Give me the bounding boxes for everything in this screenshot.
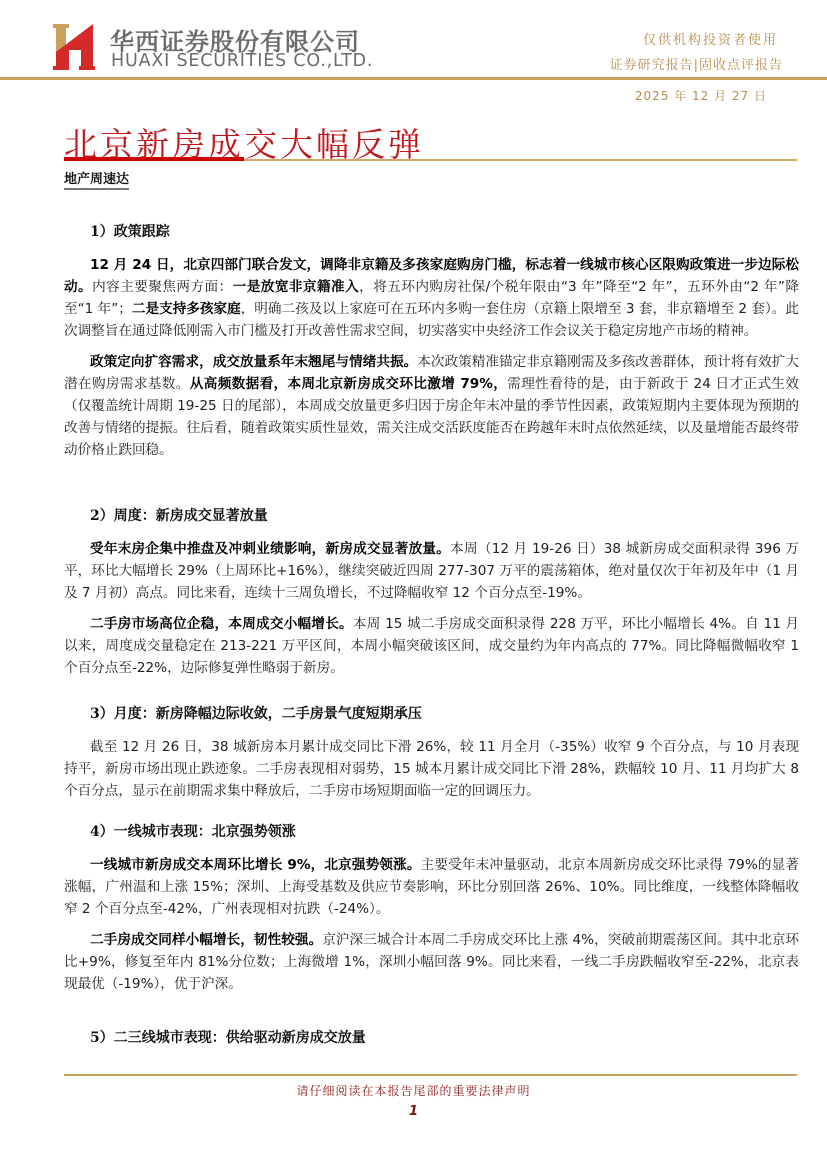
legal-notice: 请仔细阅读在本报告尾部的重要法律声明 (0, 1082, 827, 1099)
section-heading: 2）周度：新房成交显著放量 (64, 506, 799, 526)
body-paragraph: 二手房成交同样小幅增长，韧性较强。京沪深三城合计本周二手房成交环比上涨 4%，突… (64, 929, 799, 995)
section-heading: 3）月度：新房降幅边际收敛，二手房景气度短期承压 (64, 704, 799, 724)
key-point-text: 二手房市场高位企稳，本周成交小幅增长。 (90, 616, 353, 632)
report-type: 证券研究报告|固收点评报告 (610, 54, 783, 73)
audience-disclaimer: 仅供机构投资者使用 (643, 29, 778, 48)
key-point-text: 政策定向扩容需求，成交放量系年末翘尾与情绪共振。 (90, 354, 417, 370)
section-heading: 5）二三线城市表现：供给驱动新房成交放量 (64, 1028, 799, 1048)
report-category: 地产周速达 (64, 168, 129, 190)
key-point-text: 受年末房企集中推盘及冲刺业绩影响，新房成交显著放量。 (90, 541, 450, 557)
body-paragraph: 二手房市场高位企稳，本周成交小幅增长。本周 15 城二手房成交面积录得 228 … (64, 613, 799, 679)
report-date: 2025 年 12 月 27 日 (635, 87, 767, 104)
section-policy-tracking: 1）政策跟踪 12 月 24 日，北京四部门联合发文，调降非京籍及多孩家庭购房门… (64, 222, 799, 470)
body-paragraph: 截至 12 月 26 日，38 城新房本月累计成交同比下滑 26%，较 11 月… (64, 736, 799, 802)
section-weekly: 2）周度：新房成交显著放量 受年末房企集中推盘及冲刺业绩影响，新房成交显著放量。… (64, 506, 799, 688)
key-point-text: 二手房成交同样小幅增长，韧性较强。 (90, 932, 322, 948)
header-divider (0, 77, 827, 80)
section-monthly: 3）月度：新房降幅边际收敛，二手房景气度短期承压 截至 12 月 26 日，38… (64, 704, 799, 811)
title-divider-gold (244, 159, 797, 161)
body-paragraph: 一线城市新房成交本周环比增长 9%，北京强势领涨。主要受年末冲量驱动，北京本周新… (64, 854, 799, 920)
key-point-text: 从高频数据看，本周北京新房成交环比激增 79%， (190, 376, 507, 392)
paragraph-text: 截至 12 月 26 日，38 城新房本月累计成交同比下滑 26%，较 11 月… (64, 739, 799, 799)
footer-divider (64, 1074, 797, 1076)
section-heading: 1）政策跟踪 (64, 222, 799, 242)
company-logo-icon (53, 24, 95, 70)
body-paragraph: 12 月 24 日，北京四部门联合发文，调降非京籍及多孩家庭购房门槛，标志着一线… (64, 254, 799, 342)
key-point-text: 一是放宽非京籍准入 (233, 279, 360, 295)
section-tier1-cities: 4）一线城市表现：北京强势领涨 一线城市新房成交本周环比增长 9%，北京强势领涨… (64, 822, 799, 1004)
section-heading: 4）一线城市表现：北京强势领涨 (64, 822, 799, 842)
page-number: 1 (0, 1104, 827, 1119)
key-point-text: 一线城市新房成交本周环比增长 9%，北京强势领涨。 (90, 857, 421, 873)
body-paragraph: 政策定向扩容需求，成交放量系年末翘尾与情绪共振。本次政策精准锚定非京籍刚需及多孩… (64, 351, 799, 461)
company-name-en: HUAXI SECURITIES CO.,LTD. (111, 51, 373, 71)
key-point-text: 二是支持多孩家庭 (132, 301, 241, 317)
paragraph-text: 内容主要聚焦两方面： (92, 279, 233, 295)
body-paragraph: 受年末房企集中推盘及冲刺业绩影响，新房成交显著放量。本周（12 月 19-26 … (64, 538, 799, 604)
section-tier2-3-cities: 5）二三线城市表现：供给驱动新房成交放量 (64, 1028, 799, 1060)
title-divider-red (64, 157, 244, 161)
